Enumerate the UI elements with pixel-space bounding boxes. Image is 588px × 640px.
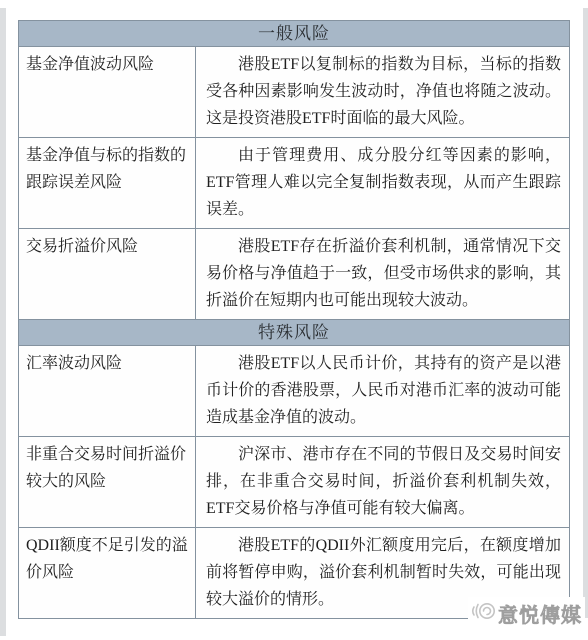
section-header-text: 特殊风险 <box>258 323 330 342</box>
risk-name-cell: 汇率波动风险 <box>19 346 196 436</box>
risk-name-cell: QDII额度不足引发的溢价风险 <box>19 528 196 618</box>
risk-desc-cell: 沪深市、港市存在不同的节假日及交易时间安排，在非重合交易时间，折溢价套利机制失效… <box>196 437 569 527</box>
watermark-text: 意悦傳媒 <box>498 599 582 628</box>
section-header-text: 一般风险 <box>258 24 330 43</box>
section-header-general-risks: 一般风险 <box>19 21 569 47</box>
risk-name-cell: 基金净值波动风险 <box>19 47 196 137</box>
table-row-premium-discount: 交易折溢价风险 港股ETF存在折溢价套利机制，通常情况下交易价格与净值趋于一致，… <box>19 229 569 320</box>
risk-name-cell: 基金净值与标的指数的跟踪误差风险 <box>19 138 196 228</box>
megaphone-logo-icon <box>470 599 496 628</box>
screenshot-right-edge-artifact <box>583 8 588 618</box>
table-row-tracking-error: 基金净值与标的指数的跟踪误差风险 由于管理费用、成分股分红等因素的影响，ETF管… <box>19 138 569 229</box>
publisher-watermark: 意悦傳媒 <box>468 597 585 630</box>
section-header-special-risks: 特殊风险 <box>19 320 569 346</box>
risk-desc-cell: 港股ETF以人民币计价，其持有的资产是以港币计价的香港股票，人民币对港币汇率的波… <box>196 346 569 436</box>
risk-name-cell: 交易折溢价风险 <box>19 229 196 319</box>
risk-desc-cell: 港股ETF存在折溢价套利机制，通常情况下交易价格与净值趋于一致，但受市场供求的影… <box>196 229 569 319</box>
table-row-nav-fluctuation: 基金净值波动风险 港股ETF以复制标的指数为目标，当标的指数受各种因素影响发生波… <box>19 47 569 138</box>
risk-desc-cell: 港股ETF以复制标的指数为目标，当标的指数受各种因素影响发生波动时，净值也将随之… <box>196 47 569 137</box>
table-row-non-overlapping-hours: 非重合交易时间折溢价较大的风险 沪深市、港市存在不同的节假日及交易时间安排，在非… <box>19 437 569 528</box>
risk-table: 一般风险 基金净值波动风险 港股ETF以复制标的指数为目标，当标的指数受各种因素… <box>18 20 570 619</box>
risk-desc-cell: 由于管理费用、成分股分红等因素的影响，ETF管理人难以完全复制指数表现，从而产生… <box>196 138 569 228</box>
page: { "table": { "sections": [ { "header": "… <box>0 0 588 640</box>
table-row-exchange-rate: 汇率波动风险 港股ETF以人民币计价，其持有的资产是以港币计价的香港股票，人民币… <box>19 346 569 437</box>
screenshot-left-edge-artifact <box>0 8 6 636</box>
risk-name-cell: 非重合交易时间折溢价较大的风险 <box>19 437 196 527</box>
